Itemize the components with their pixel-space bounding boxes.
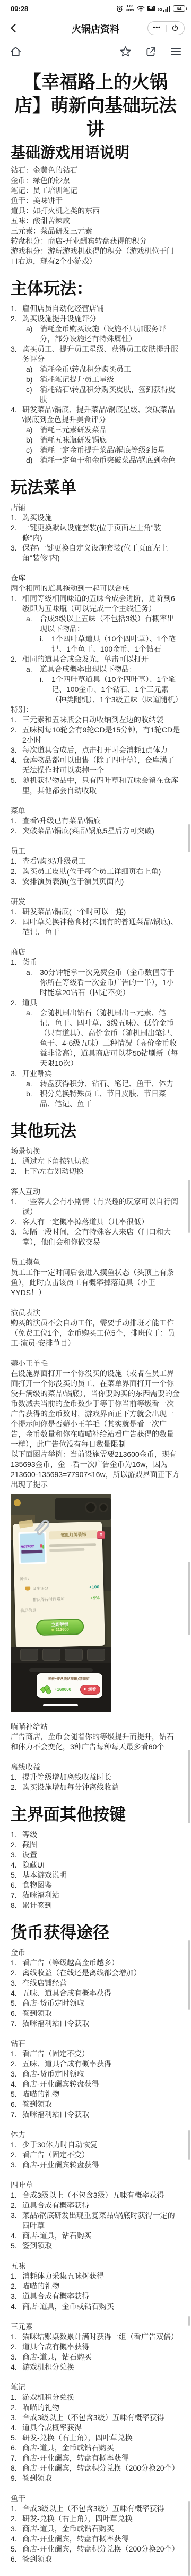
list-item: 2.一键更换默认设施套装(位于页面左上角"装修"内) <box>11 523 180 543</box>
window-capsule: ••• <box>147 21 185 35</box>
signal-bars-icon: 5G <box>158 6 170 12</box>
list-marker: 1. <box>11 816 17 826</box>
home-indicator <box>43 1704 78 1706</box>
list-item: 2.五味、道具合成有概率获得 <box>11 2059 180 2069</box>
section-heading: 玩法菜单 <box>11 477 180 498</box>
stat-label: 排队等待时间增加 <box>33 1595 89 1603</box>
list-item: c)消耗钻石\转盘积分购买皮肤，签到获得皮肤 <box>26 385 180 405</box>
list-text: 消耗五味瓶研发锅底 <box>40 436 107 444</box>
list-item: 1.三元素和五味瓶会自动收纳到左边的收纳袋 <box>11 715 180 725</box>
list-item: 2.道具 <box>11 998 180 1008</box>
list-marker: 4. <box>11 755 17 765</box>
list-item: 6.食物图鉴 <box>11 1880 180 1890</box>
list-item: 1.少于30体力时自动恢复 <box>11 2140 180 2150</box>
list-marker: 2. <box>11 2150 17 2160</box>
list-text: 离线收益（在线还是离线都会增加） <box>22 1969 141 1977</box>
menu-button[interactable] <box>170 46 181 57</box>
status-bar: 09:28 1.00 KB/S HD 5G 64 <box>0 0 191 16</box>
list-marker: 3. <box>11 2211 17 2221</box>
list-item: 2.离线收益（在线还是离线都会增加） <box>11 1968 180 1978</box>
list-item: 6.商店-道具，金币或钻石购买 <box>11 2443 180 2453</box>
paragraph: 在设施界面打开一个你没买的设施（或者在员工界面打开一个你没买的员工、在菜单界面打… <box>11 1369 180 1449</box>
close-icon: ✕ <box>97 1531 106 1540</box>
hud-element <box>29 1668 93 1672</box>
list-item: 2.四叶草兑换神秘食材(未拥有的普通菜品\锅底)、笔记、鱼干 <box>11 917 180 937</box>
list-marker: 2. <box>11 2281 17 2291</box>
list-text: 商店-开业酬宾，转盘积分兑换（200分换20个） <box>22 2545 179 2553</box>
more-button[interactable]: ••• <box>148 22 166 35</box>
list-item: 2.客人有一定概率掉落道具（几率很低） <box>11 1217 180 1227</box>
list-text: 四叶草兑换神秘食材(未拥有的普通菜品\锅底)、笔记、鱼干 <box>22 918 178 936</box>
list-marker: a. <box>26 1079 32 1089</box>
list-text: 查看\购买\升级员工 <box>22 857 86 865</box>
list-marker: c) <box>26 445 32 455</box>
list-marker: 3. <box>11 1850 17 1860</box>
list-text: 五味树每10轮会有9轮CD是15分钟，有1轮CD是2小时 <box>22 726 180 744</box>
list-marker: 5. <box>11 1998 17 2008</box>
sub-heading: 员工摸鱼 <box>11 1257 180 1268</box>
list-item: 4.商店-道具，钻石购买 <box>11 2231 180 2241</box>
document-title: 【幸福路上的火锅店】萌新向基础玩法讲 <box>11 71 180 141</box>
list-marker: 2. <box>11 1166 17 1177</box>
list-text: 消耗金币\转盘积分购买员工 <box>40 365 131 373</box>
sub-heading: 薅小王羊毛 <box>11 1358 180 1369</box>
list-text: 安排演员表演(位于演员页面内) <box>22 877 124 886</box>
list-text: 消耗钻石\转盘积分购买皮肤，签到获得皮肤 <box>40 385 176 404</box>
list-text: 突破菜品\锅底(菜品\锅底5星后方可突破) <box>22 827 154 835</box>
list-item: 7.猫咪福利站口令获取 <box>11 2110 180 2120</box>
list-text: 通过左下角按钮切换 <box>22 1157 89 1165</box>
facility-thumbnail: HOTPOT <box>18 1532 47 1564</box>
list-marker: 5. <box>11 776 17 786</box>
list-marker: 1. <box>11 856 17 866</box>
share-button[interactable] <box>145 46 157 57</box>
sub-heading: 笔记 <box>11 2382 180 2392</box>
list-text: 猫咪福利站口令获取 <box>22 2110 89 2119</box>
list-marker: 1. <box>11 2271 17 2281</box>
list-text: 研发菜品\锅底、提升菜品\锅底星级、突破菜品\锅底到金色提升美食评分 <box>22 405 175 424</box>
list-item: 4.道具合成概率获得 <box>11 2423 180 2433</box>
sub-heading: 体力 <box>11 2130 180 2140</box>
list-item: 4.隐藏UI <box>11 1860 180 1870</box>
list-item: d)消耗一定鱼干和金币突破菜品\锅底到金色 <box>26 455 180 465</box>
list-marker: 2. <box>11 1782 17 1793</box>
list-text: 少于30体力时自动恢复 <box>22 2140 98 2149</box>
list-marker: 3. <box>11 2524 17 2534</box>
paragraph-line: 笔记：员工培训笔记 <box>11 186 180 196</box>
list-text: 消耗三元素研发菜品 <box>40 426 107 434</box>
list-marker: a. <box>26 968 32 978</box>
chili-decoration <box>42 1545 44 1549</box>
list-marker: a. <box>26 1008 32 1018</box>
list-marker: 2. <box>11 2403 17 2413</box>
list-text: 五味、道具合成有概率获得 <box>22 2060 111 2068</box>
embedded-game-screenshot[interactable]: HOTPOT 霓虹灯牌装饰 属性： 设施评分 +100 排队等待时间增加 +9% <box>11 1494 111 1712</box>
paragraph-line: 两个相同的道具拖动到一起可以合成 <box>11 583 180 594</box>
phone-screen: 09:28 1.00 KB/S HD 5G 64 <box>0 0 191 2576</box>
list-marker: 3. <box>11 877 17 887</box>
list-marker: 4. <box>11 2423 17 2433</box>
favorite-button[interactable] <box>119 46 132 57</box>
list-marker: 2. <box>11 523 17 533</box>
home-icon <box>10 46 22 57</box>
nav-bar: 火锅店资料 ••• <box>0 16 191 40</box>
sub-heading: 研发 <box>11 897 180 907</box>
list-marker: a) <box>26 324 32 334</box>
chili-decoration <box>45 1545 45 1548</box>
sub-heading: 鱼干 <box>11 2494 180 2504</box>
list-marker: 5. <box>11 2544 17 2554</box>
sub-heading: 菜单 <box>11 806 180 816</box>
list-text: 客人有一定概率掉落道具（几率很低） <box>22 1218 149 1226</box>
list-item: 1.看广告（固定不变） <box>11 2049 180 2059</box>
list-marker: 2. <box>11 1968 17 1978</box>
coin-icon <box>14 1499 21 1506</box>
list-item: b)消耗五味瓶研发锅底 <box>26 435 180 445</box>
list-text: 研发-兑换（右上角），四叶草兑换 <box>22 2433 133 2442</box>
item-info-label: 物品信息 <box>20 1607 36 1614</box>
list-item: 1.一些客人会有小剧情（有兴趣的玩家可以自行阅读） <box>11 1197 180 1217</box>
stat-label: 设施评分 <box>32 1584 87 1591</box>
list-text: 基本游戏说明 <box>22 1871 67 1879</box>
list-item: 1.查看\升级已有菜品\锅底 <box>11 816 180 826</box>
sub-heading: 四叶草 <box>11 2180 180 2190</box>
list-marker: 3. <box>11 2291 17 2302</box>
gems-icon <box>40 1685 54 1694</box>
gem-amount: ≈160000 <box>55 1687 80 1692</box>
home-button[interactable] <box>10 46 22 57</box>
bubble-text: 老板~要从我这里砸点钱吗？ <box>37 1676 102 1681</box>
list-text: 商店-道具，钻石购买 <box>22 2353 92 2361</box>
list-marker: 4. <box>11 1860 17 1870</box>
scrollbar-thumb[interactable] <box>188 2501 190 2576</box>
wifi-icon <box>137 5 145 12</box>
list-marker: 5. <box>11 2241 17 2251</box>
list-marker: c) <box>26 385 32 395</box>
attributes-label: 属性： <box>20 1575 32 1582</box>
list-text: 商店-开业酬宾，转盘有概率获得 <box>22 2535 129 2543</box>
list-marker: 1. <box>11 1772 17 1782</box>
list-marker: 2. <box>11 917 17 927</box>
list-text: 商店-道具，金币或钻石购买 <box>22 2524 114 2533</box>
list-marker: 2. <box>11 314 17 324</box>
paragraph-line: 转盘积分：商店-开业酬宾转盘获得的积分 <box>11 236 180 246</box>
list-text: 道具合成概率出现以下物品： <box>40 665 136 673</box>
list-text: 查看\升级已有菜品\锅底 <box>22 816 101 825</box>
list-marker: 1. <box>11 957 17 968</box>
list-item: 4.商店-道具，金币或钻石购买 <box>11 2302 180 2312</box>
list-item: 2.上下\左右划动切换 <box>11 1166 180 1177</box>
sub-heading: 五味 <box>11 2261 180 2271</box>
chili-decoration <box>40 1544 42 1548</box>
list-marker: 8. <box>11 2463 17 2473</box>
paragraph: 购买的演员不会自动工作，需要手动排班才能工作（免费工位1个，金币购买工位5个，排… <box>11 1318 180 1348</box>
alarm-icon <box>116 5 123 12</box>
list-item: 4.五味、道具合成有概率获得 <box>11 1988 180 1998</box>
list-item: 2.截图 <box>11 1840 180 1850</box>
list-item: 6.签到领取 <box>11 2099 180 2110</box>
neon-sign-base <box>21 1550 42 1554</box>
list-text: 商店-货币定时领取 <box>22 2070 84 2078</box>
list-text: 提升等级增加离线收益时长 <box>22 1773 111 1781</box>
list-text: 喵喵的礼物 <box>22 2090 59 2098</box>
list-marker: 8. <box>11 1900 17 1911</box>
list-marker: 2. <box>11 2514 17 2524</box>
scrollbar-thumb[interactable] <box>188 2316 190 2326</box>
paragraph-line: 鱼干：美味饼干 <box>11 196 180 206</box>
pot-icon <box>85 1502 97 1513</box>
list-marker: 7. <box>11 2110 17 2120</box>
list-text: 道具合成有概率获得 <box>22 2201 89 2210</box>
list-marker: 4. <box>11 405 17 415</box>
list-item: 3.每隔一段时间，会有特殊客人来店（门口和大堂），他们会和你做交易 <box>11 1227 180 1247</box>
list-marker: 3. <box>11 1069 17 1079</box>
list-text: 等级 <box>22 1830 37 1839</box>
list-text: 开业酬宾 <box>22 1069 52 1078</box>
list-item: 1.查看\购买\升级员工 <box>11 856 180 866</box>
list-marker: 4. <box>11 2534 17 2544</box>
scrollbar-thumb[interactable] <box>188 1750 190 1823</box>
paragraph-line: 金币：绿色的钞票 <box>11 176 180 186</box>
list-text: 商店-货币定时领取 <box>22 1999 84 2007</box>
list-text: 消耗笔记提升员工星级 <box>40 375 114 384</box>
list-text: 一键更换默认设施套装(位于页面左上角"装修"内) <box>22 523 161 542</box>
list-text: 合成3级以上（不包含3级）五味有概率获得 <box>22 2413 164 2422</box>
list-text: 随机获得物品中，只有四叶草和五味会留在仓库里，其他都会自动收取 <box>22 776 178 795</box>
toolbar <box>0 40 191 63</box>
unlock-button: 立即解锁 213600 <box>36 1619 84 1636</box>
watch-label: 观看 <box>88 1687 96 1693</box>
list-marker: 1. <box>11 513 17 523</box>
list-item: 3.商店-开业酬宾转盘获得 <box>11 2160 180 2170</box>
list-text: 设置 <box>22 1850 37 1859</box>
section-heading: 主界面其他按键 <box>11 1804 180 1825</box>
list-item: 3.在线店铺经营 <box>11 1978 180 1988</box>
list-marker: 3. <box>11 543 17 553</box>
stat-value: +100 <box>89 1584 99 1589</box>
list-item: 1.提升等级增加离线收益时长 <box>11 1772 180 1782</box>
list-text: 菜品\锅底研发出现重复菜品\锅底时获得一定的四叶草 <box>22 2211 175 2230</box>
list-marker: 3. <box>11 2413 17 2423</box>
paperclip-icon <box>31 1518 53 1536</box>
list-item: i.1个四叶草道具（10个四叶草）、1个笔记、1个鱼干、100金币、1个钻石 <box>40 634 180 654</box>
list-item: 5.喵喵的礼物 <box>11 2089 180 2099</box>
list-marker: b) <box>26 374 32 385</box>
list-text: 累计签到 <box>22 1901 52 1910</box>
list-marker: 1. <box>11 304 17 314</box>
list-text: 一些客人会有小剧情（有兴趣的玩家可以自行阅读） <box>22 1197 178 1216</box>
list-item: 2.相同的道具合成会发光，单击可以打开 <box>11 654 180 664</box>
watch-ad-button: ▶ 观看 <box>80 1685 100 1695</box>
list-item: a.转盘获得积分、钻石、笔记、鱼干、体力 <box>26 1079 180 1089</box>
list-text: 商店-道具，金币或钻石购买 <box>22 2444 114 2452</box>
list-marker: 1. <box>11 1958 17 1968</box>
list-text: 签到领取 <box>22 2009 52 2018</box>
list-marker: 1. <box>11 2190 17 2200</box>
play-icon: ▶ <box>84 1688 87 1691</box>
list-item: 1.猫咪结账桌数累计满时获得一组（看广告双倍） <box>11 2332 180 2342</box>
list-item: 5.基本游戏说明 <box>11 1870 180 1880</box>
list-text: 相同的道具合成会发光，单击可以打开 <box>22 655 149 663</box>
list-item: 6.签到领取 <box>11 2554 180 2564</box>
list-marker: 2. <box>11 866 17 877</box>
list-marker: 1. <box>11 2140 17 2150</box>
list-item: 2.购买设施提升设施评分 <box>11 314 180 324</box>
list-item: 1.合成3级以上（不包含3级）五味有概率获得 <box>11 2504 180 2514</box>
paragraph-line: 三元素：菜品研发三元素 <box>11 226 180 236</box>
stat-value: +9% <box>90 1595 100 1600</box>
battery-nub <box>186 7 187 10</box>
list-text: 消耗金币购买设施（设施不只加服务评分，部分设施还有特殊属性） <box>40 324 166 343</box>
list-text: 研发-兑换（右上角），四叶草兑换 <box>22 2514 133 2523</box>
list-text: 签到领取 <box>22 2555 52 2563</box>
list-marker: 4. <box>11 2231 17 2241</box>
list-text: 研发菜品\锅底(十个时可以十连) <box>22 907 126 916</box>
list-item: 3.开业酬宾 <box>11 1069 180 1079</box>
list-item: 3.设置 <box>11 1850 180 1860</box>
scrollbar-thumb[interactable] <box>188 824 190 852</box>
list-marker: 5. <box>11 1870 17 1880</box>
list-text: 看广告（固定不变） <box>22 2049 89 2058</box>
list-marker: 2. <box>11 998 17 1008</box>
list-marker: 7. <box>11 1890 17 1900</box>
close-mini-program-button[interactable] <box>167 22 185 35</box>
scrollbar-thumb[interactable] <box>188 1562 190 1635</box>
list-marker: 2. <box>11 2200 17 2211</box>
list-item: 9.签到领取 <box>11 2473 180 2483</box>
game-menu-row <box>11 1647 111 1663</box>
list-marker: 6. <box>11 1880 17 1890</box>
list-text: 上下\左右划动切换 <box>22 1167 84 1176</box>
list-text: 30分钟能拿一次免费金币（金币数值等于你所在等级看一次金币广告的一半），1小时能… <box>40 968 175 997</box>
list-marker: 4. <box>11 1988 17 1998</box>
list-text: 道具合成有概率获得 <box>22 2292 89 2300</box>
list-item: i.1个四叶草道具（10个四叶草）、1个笔记、100金币、1个钻石、1个三元素（… <box>40 674 180 705</box>
list-text: 合成3级以上五味（不包括3级）有概率出现以下物品： <box>40 614 175 633</box>
list-text: 猫咪福利站 <box>22 1891 59 1899</box>
list-marker: 2. <box>11 826 17 836</box>
menu-button-shape <box>65 1649 83 1661</box>
list-text: 1个四叶草道具（10个四叶草）、1个笔记、1个鱼干、100金币、1个钻石 <box>51 635 176 653</box>
list-item: 2.喵喵的礼物 <box>11 2281 180 2291</box>
list-text: 商店-开业酬宾转盘获得 <box>22 2161 99 2169</box>
list-text: 签到领取 <box>22 2241 52 2250</box>
facility-description-line <box>49 1543 96 1547</box>
list-text: 货币 <box>22 958 37 966</box>
section-heading: 基础游戏用语说明 <box>11 143 180 162</box>
battery-level: 64 <box>173 5 185 12</box>
list-text: 购买设施增加每分钟离线收益 <box>22 1783 119 1791</box>
list-item: 2.喵喵的礼物 <box>11 2403 180 2413</box>
list-text: 五味、道具合成有概率获得 <box>22 1989 111 1997</box>
list-item: 3.商店-道具，钻石购买 <box>11 2352 180 2362</box>
list-item: 1.合成3级以上（不包含3级）五味有概率获得 <box>11 2190 180 2200</box>
list-item: 5.商店-货币定时领取 <box>11 1998 180 2008</box>
list-item: 3.保存\一键更换自定义设施套装(位于页面左上角"装修"内) <box>11 543 180 563</box>
list-text: 三元素和五味瓶会自动收纳到左边的收纳袋 <box>22 715 163 724</box>
network-speed: 1.00 KB/S <box>126 5 134 12</box>
list-text: 积分兑换特殊员工、节日皮肤、节日菜品、笔记、鱼干 <box>40 1089 166 1108</box>
sub-heading: 员工 <box>11 846 180 856</box>
list-text: 游戏机积分兑换 <box>22 2363 74 2371</box>
list-text: 保存\一键更换自定义设施套装(位于页面左上角"装修"内) <box>22 544 168 562</box>
clock-time: 09:28 <box>11 5 28 13</box>
stat-row: 排队等待时间增加 +9% <box>25 1594 100 1604</box>
list-text: 消耗一定金币提升菜品\锅底等级到5星 <box>40 446 165 454</box>
scrollbar-thumb[interactable] <box>188 1940 190 2010</box>
list-marker: 7. <box>11 2453 17 2463</box>
list-text: 仓库物品都可以出售（除了四叶草），仓库满了无法操作时可以卖掉一个 <box>22 756 175 774</box>
list-marker: 1. <box>11 2504 17 2514</box>
speed-value: 1.00 <box>126 5 133 9</box>
list-item: 5.研发-兑换（右上角），四叶草兑换 <box>11 2433 180 2443</box>
share-icon <box>145 46 157 57</box>
list-text: 相同等级相同味道的五味合成会进阶，进阶到6级即为五味瓶（可以完成一个主线任务） <box>22 594 175 613</box>
list-marker: 4. <box>11 2079 17 2089</box>
list-marker: 1. <box>11 1197 17 1207</box>
list-item: 2.突破菜品\锅底(菜品\锅底5星后方可突破) <box>11 826 180 836</box>
facility-description-line <box>49 1548 84 1552</box>
list-marker: b. <box>26 1089 32 1099</box>
list-text: 截图 <box>22 1840 37 1849</box>
list-text: 道具合成概率获得 <box>22 2423 82 2432</box>
list-marker: 6. <box>11 2443 17 2453</box>
more-dots-icon: ••• <box>153 24 161 31</box>
list-text: 签到领取 <box>22 2474 52 2482</box>
list-text: 食物图鉴 <box>22 1881 52 1889</box>
list-item: a)消耗金币购买设施（设施不只加服务评分，部分设施还有特殊属性） <box>26 324 180 344</box>
list-text: 消耗一定鱼干和金币突破菜品\锅底到金色 <box>40 456 176 464</box>
list-text: 1个四叶草道具（10个四叶草）、1个笔记、100金币、1个钻石、1个三元素（种类… <box>51 675 183 704</box>
list-text: 游戏机积分兑换 <box>22 2393 74 2402</box>
list-item: 1.购买设施 <box>11 513 180 523</box>
list-item: 3.商店-货币定时领取 <box>11 2069 180 2079</box>
list-marker: 7. <box>11 2019 17 2029</box>
list-marker: i. <box>40 674 44 685</box>
paragraph-line: 场景切换 <box>11 1146 180 1156</box>
list-item: 2.道具合成有概率获得 <box>11 2200 180 2211</box>
list-item: 7.猫咪福利站口令获取 <box>11 2019 180 2029</box>
star-icon <box>119 46 132 57</box>
facility-name: 霓虹灯牌装饰 <box>49 1530 98 1539</box>
list-text: 商店-开业酬宾，转盘积分兑换（200分换20个） <box>22 2464 179 2472</box>
paragraph: 以下面图片举例：当前设施需要213600金币，现有135693金币，金二看一次广… <box>11 1449 180 1490</box>
battery-icon: 64 <box>173 5 187 12</box>
list-item: 3.合成3级以上（不包含3级）五味有概率获得 <box>11 2413 180 2423</box>
scrollbar-thumb[interactable] <box>188 1180 190 1233</box>
sub-heading: 商店 <box>11 947 180 957</box>
unlock-cost: 213600 <box>56 1627 69 1632</box>
list-marker: 5. <box>11 2089 17 2099</box>
list-text: 隐藏UI <box>22 1861 45 1869</box>
list-marker: 4. <box>11 2362 17 2372</box>
list-marker: d) <box>26 455 32 465</box>
scrollbar-thumb[interactable] <box>188 2130 190 2160</box>
paragraph-line: 钻石：金黄色的钻石 <box>11 165 180 176</box>
list-text: 猫咪结账桌数累计满时获得一组（看广告双倍） <box>22 2332 178 2341</box>
stat-row: 设施评分 +100 <box>25 1583 99 1593</box>
list-text: 每次道具合成后，点击打开时会消耗1点体力 <box>22 746 168 754</box>
list-text: 购买设施 <box>22 513 52 522</box>
list-item: a)消耗金币\转盘积分购买员工 <box>26 364 180 374</box>
list-item: 5.随机获得物品中，只有四叶草和五味会留在仓库里，其他都会自动收取 <box>11 776 180 796</box>
list-marker: 2. <box>11 2059 17 2069</box>
menu-icon <box>170 46 181 57</box>
list-marker: 1. <box>11 715 17 725</box>
list-item: 1.消耗体力采集五味树获得 <box>11 2271 180 2281</box>
list-marker: a) <box>26 425 32 435</box>
list-marker: 3. <box>11 745 17 755</box>
